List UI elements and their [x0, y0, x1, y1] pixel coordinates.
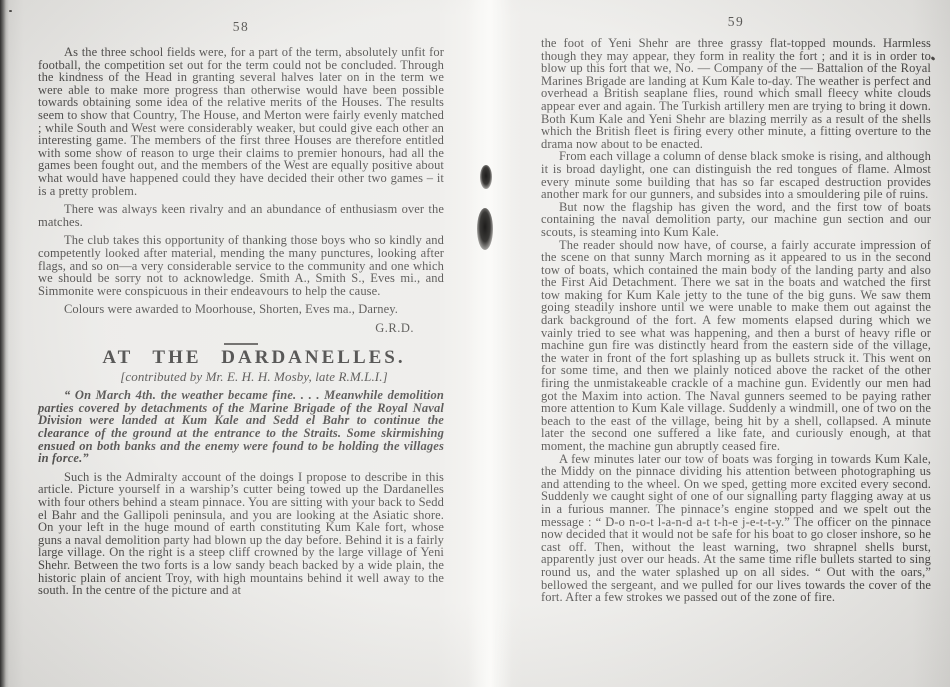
page-number-right: 59: [541, 14, 931, 30]
paragraph: Colours were awarded to Moorhouse, Short…: [38, 303, 444, 316]
author-initials: G.R.D.: [38, 322, 444, 335]
paragraph: But now the flagship has given the word,…: [541, 201, 931, 239]
paragraph: The reader should now have, of course, a…: [541, 239, 931, 453]
book-spread-scan: 58 As the three school fields were, for …: [0, 0, 950, 687]
paragraph: From each village a column of dense blac…: [541, 150, 931, 200]
left-page-text-column: As the three school fields were, for a p…: [38, 46, 444, 597]
admiralty-quote: “ On March 4th. the weather became fine.…: [38, 389, 444, 465]
right-page-text-column: the foot of Yeni Shehr are three grassy …: [541, 37, 931, 604]
paragraph: the foot of Yeni Shehr are three grassy …: [541, 37, 931, 150]
right-page: 59 the foot of Yeni Shehr are three gras…: [475, 0, 950, 687]
paragraph: There was always keen rivalry and an abu…: [38, 203, 444, 228]
paragraph: Such is the Admiralty account of the doi…: [38, 471, 444, 597]
article-title: AT THE DARDANELLES.: [38, 352, 444, 365]
scan-dark-edge: [0, 0, 9, 687]
paragraph: The club takes this opportunity of thank…: [38, 234, 444, 297]
scan-speck: [9, 10, 12, 12]
paragraph: As the three school fields were, for a p…: [38, 46, 444, 197]
section-divider-rule: [224, 343, 258, 345]
article-byline: [contributed by Mr. E. H. H. Mosby, late…: [38, 371, 444, 384]
binding-staple-top: [480, 165, 492, 189]
left-page: 58 As the three school fields were, for …: [0, 0, 475, 687]
binding-gutter: [468, 0, 512, 687]
page-number-left: 58: [38, 19, 444, 35]
binding-staple-bottom: [477, 208, 493, 250]
paragraph: A few minutes later our tow of boats was…: [541, 453, 931, 604]
